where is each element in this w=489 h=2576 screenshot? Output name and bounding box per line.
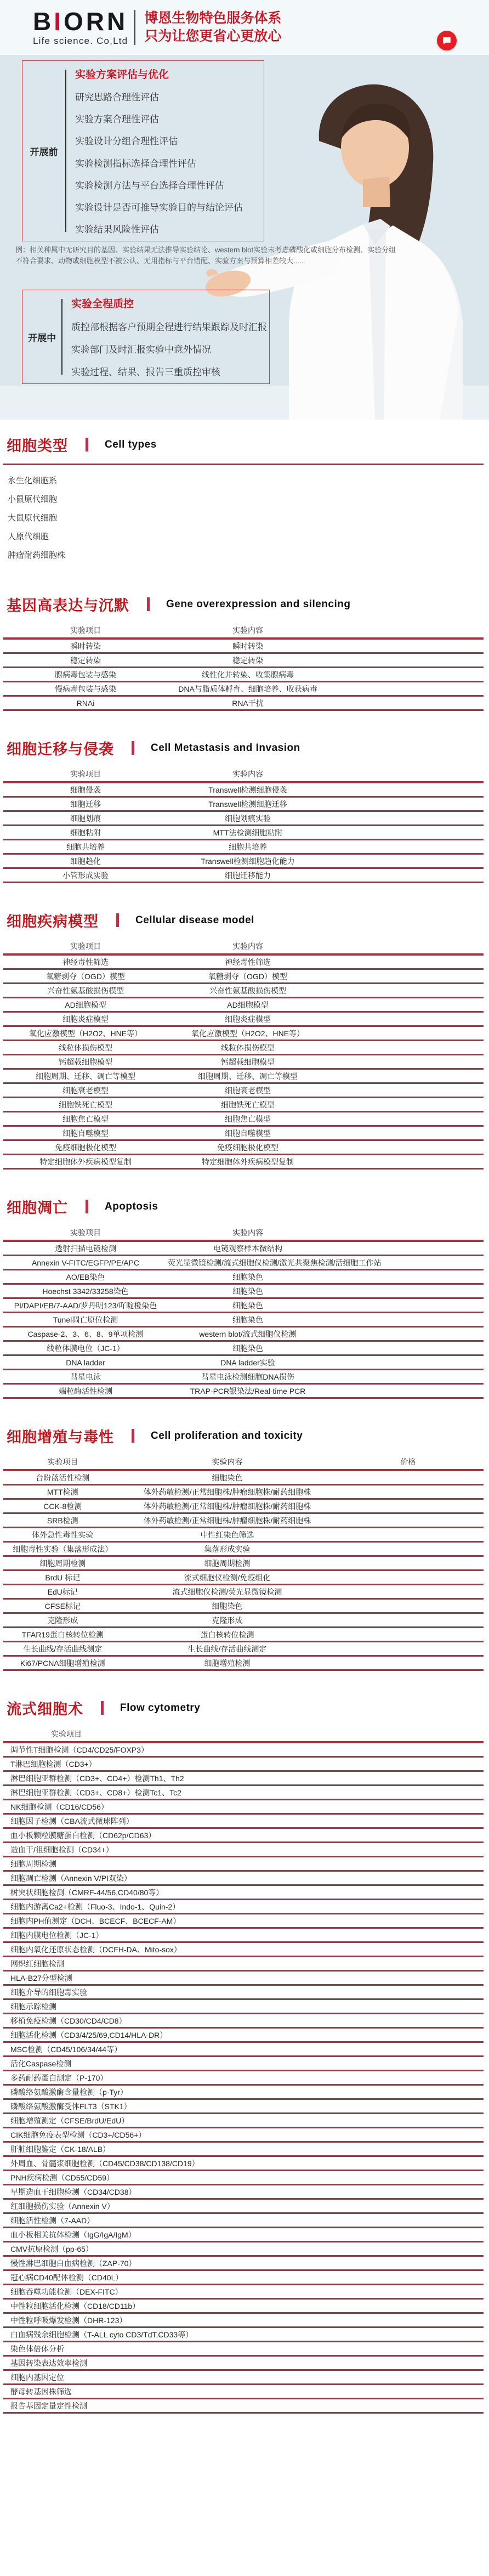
column-header-price: 价格: [332, 1456, 484, 1467]
table-row: Ki67/PCNA细胞增殖检测细胞增殖检测: [3, 1657, 484, 1671]
cell-item: TFAR19蛋白核转位检测: [3, 1629, 122, 1640]
cell-item: 细胞周期检测: [3, 1558, 122, 1569]
cell-content: 细胞迁移能力: [168, 870, 328, 881]
table-row: 细胞划痕细胞划痕实验: [3, 812, 484, 826]
logo-text: BIORN: [33, 9, 128, 34]
cell-item: 细胞内PH值测定（DCH、BCECF、BCECF-AM）: [3, 1916, 180, 1927]
table-header-row: 实验项目实验内容价格: [3, 1455, 484, 1471]
table-row: 克隆形成克隆形成: [3, 1614, 484, 1628]
table-row: 细胞内基因定位: [3, 2371, 484, 2385]
cell-item: SRB检测: [3, 1515, 122, 1526]
stage-item: 实验结果风险性评估: [75, 222, 261, 235]
section-header: 细胞类型Cell types: [0, 434, 489, 455]
cell-item: 端粒酶活性检测: [3, 1386, 168, 1397]
logo-subtitle: Life science. Co,Ltd: [33, 36, 128, 47]
cell-item: 腺病毒包装与感染: [3, 669, 168, 680]
section-cell-types: 细胞类型Cell types永生化细胞系小鼠原代细胞大鼠原代细胞人原代细胞肿瘤耐…: [0, 434, 489, 567]
section-title-en: Cell Metastasis and Invasion: [151, 742, 300, 754]
cell-item: 细胞内膜电位检测（JC-1）: [3, 1930, 104, 1941]
table-row: MSC检测（CD45/106/34/44等）: [3, 2043, 484, 2057]
table-row: 基因转染表达效率检测: [3, 2357, 484, 2371]
cell-item: BrdU 标记: [3, 1572, 122, 1583]
stage-item: 实验设计分组合理性评估: [75, 133, 261, 147]
cell-item: 磷酸络氨酸激酶受体FLT3（STK1）: [3, 2101, 132, 2112]
section-gene-expression: 基因高表达与沉默Gene overexpression and silencin…: [0, 594, 489, 711]
slogan-line-2: 只为让您更省心更放心: [144, 27, 281, 46]
table-row: 细胞周期、迁移、凋亡等模型细胞周期、迁移、凋亡等模型: [3, 1070, 484, 1084]
table-row: CIK细胞免疫表型检测（CD3+/CD56+）: [3, 2128, 484, 2143]
table-row: 细胞活化检测（CD3/4/25/69,CD14/HLA-DR）: [3, 2029, 484, 2043]
cell-content: 细胞染色: [168, 1286, 328, 1297]
cell-item: 淋巴细胞亚群检测（CD3+、CD8+）检测Tc1、Tc2: [3, 1787, 181, 1798]
table-row: RNAiRNA干扰: [3, 697, 484, 711]
cell-item: 细胞焦亡模型: [3, 1114, 168, 1125]
cell-item: 瞬时转染: [3, 641, 168, 652]
table-row: 氧化应激模型（H2O2、HNE等）氧化应激模型（H2O2、HNE等）: [3, 1027, 484, 1041]
cell-item: 细胞铁死亡模型: [3, 1099, 168, 1110]
table-row: 报告基因定量定性检测: [3, 2399, 484, 2414]
column-header-item: 实验项目: [3, 625, 168, 636]
table-row: 移植免疫检测（CD30/CD4/CD8）: [3, 2014, 484, 2029]
table-header-row: 实验项目实验内容: [3, 623, 484, 640]
cell-item: 中性粒细胞活化检测（CD18/CD11b）: [3, 2301, 140, 2312]
cell-item: Hoechst 3342/33258染色: [3, 1286, 168, 1297]
cell-item: HLA-B27分型检测: [3, 1973, 72, 1984]
cell-content: 流式细胞仪检测/免疫组化: [122, 1572, 333, 1583]
table-row: 调节性T细胞检测（CD4/CD25/FOXP3）: [3, 1743, 484, 1758]
table-row: 细胞毒性实验（集落形成法）集落形成实验: [3, 1543, 484, 1557]
cell-content: 细胞炎症模型: [168, 1014, 328, 1025]
table-row: EdU标记流式细胞仪检测/荧光显微镜检测: [3, 1585, 484, 1600]
company-logo: BIORN Life science. Co,Ltd: [33, 9, 128, 47]
table-row: 细胞趋化Transwell检测细胞趋化能力: [3, 855, 484, 869]
cell-item: 细胞侵袭: [3, 784, 168, 795]
section-header: 细胞疾病模型Cellular disease model: [0, 909, 489, 931]
table-row: SRB检测体外药敏检测/正常细胞株/肿瘤细胞株/耐药细胞株: [3, 1514, 484, 1528]
cell-content: 中性红染色筛选: [122, 1529, 333, 1540]
hero-section: 开展前 实验方案评估与优化 研究思路合理性评估实验方案合理性评估实验设计分组合理…: [0, 55, 489, 420]
cell-item: 细胞介导的细胞毒实验: [3, 1987, 87, 1998]
cell-content: 细胞染色: [168, 1314, 328, 1325]
cell-item: 白血病残余细胞检测（T-ALL cyto CD3/TdT,CD33等）: [3, 2329, 193, 2340]
cell-item: 早期造血干细胞检测（CD34/CD38）: [3, 2187, 136, 2197]
stage-item: 实验方案合理性评估: [75, 111, 261, 125]
section-header: 细胞迁移与侵袭Cell Metastasis and Invasion: [0, 737, 489, 759]
in-progress-items: 实验全程质控 质控部根据客户预期全程进行结果跟踪及时汇报实验部门及时汇报实验中意…: [62, 290, 269, 383]
box1-title: 实验方案评估与优化: [75, 66, 261, 81]
logo-letter-accent: I: [54, 7, 64, 36]
cell-item: 移植免疫检测（CD30/CD4/CD8）: [3, 2015, 127, 2026]
cell-item: CMV抗原检测（pp-65）: [3, 2244, 93, 2255]
table-row: NK细胞检测（CD16/CD56）: [3, 1800, 484, 1815]
section-disease-model: 细胞疾病模型Cellular disease model实验项目实验内容神经毒性…: [0, 909, 489, 1170]
table-row: 神经毒性筛选神经毒性筛选: [3, 956, 484, 970]
cell-item: 红细胞损伤实验（Annexin V）: [3, 2201, 115, 2212]
table-row: Caspase-2、3、6、8、9单项检测western blot/流式细胞仪检…: [3, 1327, 484, 1342]
cell-item: 免疫细胞极化模型: [3, 1142, 168, 1153]
table-row: 酵母转基因株筛选: [3, 2385, 484, 2399]
section-migration-invasion: 细胞迁移与侵袭Cell Metastasis and Invasion实验项目实…: [0, 737, 489, 883]
section-header: 基因高表达与沉默Gene overexpression and silencin…: [0, 594, 489, 615]
table-row: 肝脏细胞鉴定（CK-18/ALB）: [3, 2143, 484, 2157]
service-table: 实验项目调节性T细胞检测（CD4/CD25/FOXP3）T淋巴细胞检测（CD3+…: [3, 1727, 484, 2414]
table-row: 细胞炎症模型细胞炎症模型: [3, 1013, 484, 1027]
table-row: Tunel凋亡原位检测细胞染色: [3, 1313, 484, 1327]
cell-item: AD细胞模型: [3, 999, 168, 1010]
cell-item: 细胞迁移: [3, 799, 168, 810]
service-table: 实验项目实验内容神经毒性筛选神经毒性筛选氧糖剥夺（OGD）模型氧糖剥夺（OGD）…: [3, 939, 484, 1170]
cell-item: 特定细胞体外疾病模型复制: [3, 1156, 168, 1167]
section-header: 细胞凋亡Apoptosis: [0, 1196, 489, 1217]
section-divider-bar: [132, 1429, 134, 1443]
table-row: 细胞自噬模型细胞自噬模型: [3, 1127, 484, 1141]
cell-item: 生长曲线/存活曲线测定: [3, 1643, 122, 1654]
cell-content: 细胞染色: [122, 1601, 333, 1612]
table-row: 端粒酶活性检测TRAP-PCR银染法/Real-time PCR: [3, 1385, 484, 1399]
header-bar: BIORN Life science. Co,Ltd 博恩生物特色服务体系 只为…: [0, 0, 489, 55]
cell-content: 瞬时转染: [168, 641, 328, 652]
cell-item: 细胞炎症模型: [3, 1014, 168, 1025]
table-row: 细胞内PH值测定（DCH、BCECF、BCECF-AM）: [3, 1914, 484, 1929]
cell-content: 体外药敏检测/正常细胞株/肿瘤细胞株/耐药细胞株: [122, 1501, 333, 1512]
cell-item: 台盼蓝活性检测: [3, 1472, 122, 1483]
table-row: 细胞焦亡模型细胞焦亡模型: [3, 1112, 484, 1127]
cell-content: 氧糖剥夺（OGD）模型: [168, 971, 328, 982]
stage-label-during: 开展中: [22, 290, 61, 383]
cell-item: 磷酸络氨酸激酶含量检测（p-Tyr）: [3, 2087, 128, 2098]
cell-item: MSC检测（CD45/106/34/44等）: [3, 2044, 122, 2055]
cell-item: 细胞增殖测定（CFSE/BrdU/EdU）: [3, 2115, 129, 2126]
cell-content: 细胞染色: [122, 1472, 333, 1483]
table-row: BrdU 标记流式细胞仪检测/免疫组化: [3, 1571, 484, 1585]
cell-item: 稳定转染: [3, 655, 168, 666]
table-row: 细胞铁死亡模型细胞铁死亡模型: [3, 1098, 484, 1112]
pre-launch-items: 实验方案评估与优化 研究思路合理性评估实验方案合理性评估实验设计分组合理性评估实…: [66, 61, 264, 241]
cell-item: Ki67/PCNA细胞增殖检测: [3, 1658, 122, 1669]
cell-item: Tunel凋亡原位检测: [3, 1314, 168, 1325]
table-row: 中性粒细胞活化检测（CD18/CD11b）: [3, 2300, 484, 2314]
table-row: 磷酸络氨酸激酶含量检测（p-Tyr）: [3, 2086, 484, 2100]
table-row: PNH疾病检测（CD55/CD59）: [3, 2171, 484, 2185]
cell-item: PNH疾病检测（CD55/CD59）: [3, 2172, 114, 2183]
list-item: 人原代细胞: [8, 528, 489, 546]
cell-content: 线性化并转染、收集腺病毒: [168, 669, 328, 680]
consult-badge-icon[interactable]: [437, 31, 457, 50]
cell-item: 细胞内基因定位: [3, 2372, 64, 2383]
cell-content: 克隆形成: [122, 1615, 333, 1626]
cell-content: 线粒体损伤模型: [168, 1042, 328, 1053]
table-row: 线粒体膜电位（JC-1）细胞染色: [3, 1342, 484, 1356]
cell-item: 细胞活性检测（7-AAD）: [3, 2215, 94, 2226]
section-apoptosis: 细胞凋亡Apoptosis实验项目实验内容透射扫描电镜检测电镜观察样本微结构An…: [0, 1196, 489, 1399]
table-row: DNA ladderDNA ladder实验: [3, 1356, 484, 1370]
stage-item: 实验部门及时汇报实验中意外情况: [71, 342, 267, 355]
cell-item: 报告基因定量定性检测: [3, 2400, 87, 2411]
cell-item: 网织红细胞检测: [3, 1958, 64, 1969]
cell-item: RNAi: [3, 699, 168, 708]
stage-item: 实验设计是否可推导实验目的与结论评估: [75, 200, 261, 213]
table-row: 细胞共培养细胞共培养: [3, 840, 484, 855]
cell-content: 稳定转染: [168, 655, 328, 666]
table-row: 细胞内氧化还原状态检测（DCFH-DA、Mito-sox）: [3, 1943, 484, 1957]
cell-content: Transwell检测细胞趋化能力: [168, 856, 328, 867]
header-slogan: 博恩生物特色服务体系 只为让您更省心更放心: [144, 9, 281, 46]
cell-content: 氧化应激模型（H2O2、HNE等）: [168, 1028, 328, 1039]
cell-content: RNA干扰: [168, 698, 328, 709]
cell-content: DNA与脂质体孵育、细胞培养、收获病毒: [168, 683, 328, 694]
cell-item: Annexin V-FITC/EGFP/PE/APC: [3, 1258, 168, 1267]
table-header-row: 实验项目实验内容: [3, 939, 484, 956]
cell-item: NK细胞检测（CD16/CD56）: [3, 1801, 109, 1812]
table-row: 慢病毒包装与感染DNA与脂质体孵育、细胞培养、收获病毒: [3, 682, 484, 697]
cell-item: 细胞周期、迁移、凋亡等模型: [3, 1071, 168, 1082]
stage-item: 研究思路合理性评估: [75, 89, 261, 103]
section-title-cn: 细胞类型: [7, 434, 68, 455]
cell-item: CFSE标记: [3, 1601, 122, 1612]
table-row: 外周血、骨髓浆细胞检测（CD45/CD38/CD138/CD19）: [3, 2157, 484, 2171]
cell-content: 电镜观察样本微结构: [168, 1243, 328, 1254]
chat-bubble-icon: [442, 36, 452, 46]
cell-item: PI/DAPI/EB/7-AAD/罗丹明123/吖啶橙染色: [3, 1300, 168, 1311]
stage-item: 实验检测指标选择合理性评估: [75, 156, 261, 170]
section-title-cn: 流式细胞术: [7, 1697, 83, 1719]
column-header-content: 实验内容: [168, 769, 328, 779]
table-header-row: 实验项目: [3, 1727, 484, 1743]
table-row: 细胞增殖测定（CFSE/BrdU/EdU）: [3, 2114, 484, 2128]
cell-item: 细胞活化检测（CD3/4/25/69,CD14/HLA-DR）: [3, 2030, 167, 2041]
table-row: CFSE标记细胞染色: [3, 1600, 484, 1614]
table-row: 活化Caspase检测: [3, 2057, 484, 2071]
cell-content: 细胞铁死亡模型: [168, 1099, 328, 1110]
section-header: 流式细胞术Flow cytometry: [0, 1697, 489, 1719]
cell-item: 细胞周期检测: [3, 1858, 56, 1869]
section-title-en: Cell types: [105, 439, 157, 451]
section-title-cn: 细胞迁移与侵袭: [7, 737, 114, 759]
list-item: 肿瘤耐药细胞株: [8, 546, 489, 565]
cell-item: 血小板颗粒膜糖蛋白检测（CD62p/CD63）: [3, 1830, 156, 1841]
stage-item: 实验检测方法与平台选择合理性评估: [75, 178, 261, 191]
section-title-cn: 基因高表达与沉默: [7, 594, 129, 615]
table-row: 细胞示踪检测: [3, 2000, 484, 2014]
table-row: 淋巴细胞亚群检测（CD3+、CD4+）检测Th1、Th2: [3, 1772, 484, 1786]
cell-item: 调节性T细胞检测（CD4/CD25/FOXP3）: [3, 1744, 149, 1755]
section-title-cn: 细胞增殖与毒性: [7, 1425, 114, 1447]
service-sections: 细胞类型Cell types永生化细胞系小鼠原代细胞大鼠原代细胞人原代细胞肿瘤耐…: [0, 434, 489, 2418]
pre-launch-box: 开展前 实验方案评估与优化 研究思路合理性评估实验方案合理性评估实验设计分组合理…: [22, 60, 264, 241]
cell-item: 慢性淋巴细胞白血病检测（ZAP-70）: [3, 2258, 136, 2269]
table-row: PI/DAPI/EB/7-AAD/罗丹明123/吖啶橙染色细胞染色: [3, 1299, 484, 1313]
cell-item: 树突状细胞检测（CMRF-44/56,CD40/80等）: [3, 1887, 163, 1898]
table-row: 台盼蓝活性检测细胞染色: [3, 1471, 484, 1485]
column-header-item: 实验项目: [3, 1456, 122, 1467]
cell-content: 细胞共培养: [168, 841, 328, 852]
list-item: 小鼠原代细胞: [8, 490, 489, 509]
cell-item: 细胞凋亡检测（Annexin V/PI双染）: [3, 1873, 132, 1884]
table-row: 冠心病CD40配体检测（CD40L）: [3, 2271, 484, 2285]
table-row: 磷酸络氨酸激酶受体FLT3（STK1）: [3, 2100, 484, 2114]
table-row: 透射扫描电镜检测电镜观察样本微结构: [3, 1242, 484, 1256]
cell-content: Transwell检测细胞迁移: [168, 799, 328, 810]
cell-content: AD细胞模型: [168, 999, 328, 1010]
table-row: 细胞周期检测细胞周期检测: [3, 1557, 484, 1571]
cell-content: 细胞增殖检测: [122, 1658, 333, 1669]
cell-item: 造血干/祖细胞检测（CD34+）: [3, 1844, 113, 1855]
section-divider-bar: [116, 913, 119, 927]
table-row: 免疫细胞极化模型免疫细胞极化模型: [3, 1141, 484, 1155]
header-divider: [134, 10, 135, 45]
service-table: 实验项目实验内容瞬时转染瞬时转染稳定转染稳定转染腺病毒包装与感染线性化并转染、收…: [3, 623, 484, 711]
cell-item: CCK-8检测: [3, 1501, 122, 1512]
cell-content: TRAP-PCR银染法/Real-time PCR: [168, 1386, 328, 1397]
cell-item: 细胞共培养: [3, 841, 168, 852]
cell-item: 血小板相关抗体检测（IgG/IgA/IgM）: [3, 2229, 136, 2240]
service-table: 实验项目实验内容价格台盼蓝活性检测细胞染色MTT检测体外药敏检测/正常细胞株/肿…: [3, 1455, 484, 1671]
column-header-content: 实验内容: [168, 1227, 328, 1238]
cell-item: 酵母转基因株筛选: [3, 2386, 72, 2397]
table-row: 稳定转染稳定转染: [3, 654, 484, 668]
table-row: 细胞迁移Transwell检测细胞迁移: [3, 798, 484, 812]
cell-item: 细胞示踪检测: [3, 2001, 56, 2012]
table-row: 染色体倍体分析: [3, 2342, 484, 2357]
table-row: 细胞周期检测: [3, 1857, 484, 1872]
cell-item: AO/EB染色: [3, 1272, 168, 1283]
column-header-content: 实验内容: [168, 625, 328, 636]
cell-item: 肝脏细胞鉴定（CK-18/ALB）: [3, 2144, 110, 2155]
cell-content: 体外药敏检测/正常细胞株/肿瘤细胞株/耐药细胞株: [122, 1515, 333, 1526]
risk-examples-note: 例：相关种属中无研究目的基因、实验结果无法推导实验结论、western blot…: [15, 245, 402, 266]
table-row: 氧糖剥夺（OGD）模型氧糖剥夺（OGD）模型: [3, 970, 484, 984]
cell-content: 细胞染色: [168, 1343, 328, 1354]
table-row: 细胞衰老模型细胞衰老模型: [3, 1084, 484, 1098]
cell-content: 细胞衰老模型: [168, 1085, 328, 1096]
cell-item: 淋巴细胞亚群检测（CD3+、CD4+）检测Th1、Th2: [3, 1773, 184, 1784]
table-row: 细胞因子检测（CBA流式微球阵列）: [3, 1815, 484, 1829]
table-row: 细胞吞噬功能检测（DEX-FITC）: [3, 2285, 484, 2300]
table-row: 细胞内游离Ca2+检测（Fluo-3、Indo-1、Quin-2）: [3, 1900, 484, 1914]
table-row: 彗星电泳彗星电泳检测细胞DNA损伤: [3, 1370, 484, 1385]
table-row: 兴奋性氨基酸损伤模型兴奋性氨基酸损伤模型: [3, 984, 484, 998]
cell-content: 体外药敏检测/正常细胞株/肿瘤细胞株/耐药细胞株: [122, 1487, 333, 1498]
table-row: MTT检测体外药敏检测/正常细胞株/肿瘤细胞株/耐药细胞株: [3, 1485, 484, 1500]
table-row: 造血干/祖细胞检测（CD34+）: [3, 1843, 484, 1857]
table-row: 小管形成实验细胞迁移能力: [3, 869, 484, 883]
service-table: 实验项目实验内容细胞侵袭Transwell检测细胞侵袭细胞迁移Transwell…: [3, 767, 484, 883]
table-row: 钙超载细胞模型钙超载细胞模型: [3, 1055, 484, 1070]
cell-item: 多药耐药蛋白测定（P-170）: [3, 2072, 107, 2083]
cell-content: 流式细胞仪检测/荧光显微镜检测: [122, 1586, 333, 1597]
cell-content: western blot/流式细胞仪检测: [168, 1329, 328, 1340]
cell-item: 慢病毒包装与感染: [3, 683, 168, 694]
box2-title: 实验全程质控: [71, 296, 267, 310]
table-row: Hoechst 3342/33258染色细胞染色: [3, 1285, 484, 1299]
cell-item: 细胞毒性实验（集落形成法）: [3, 1544, 122, 1555]
cell-item: 活化Caspase检测: [3, 2058, 71, 2069]
section-divider-bar: [101, 1701, 104, 1715]
cell-item: 细胞自噬模型: [3, 1128, 168, 1139]
cell-item: 细胞吞噬功能检测（DEX-FITC）: [3, 2286, 123, 2297]
column-header-item: 实验项目: [3, 941, 168, 952]
cell-item: EdU标记: [3, 1586, 122, 1597]
cell-item: CIK细胞免疫表型检测（CD3+/CD56+）: [3, 2129, 146, 2140]
cell-item: 克隆形成: [3, 1615, 122, 1626]
cell-content: 神经毒性筛选: [168, 957, 328, 968]
cell-content: 细胞染色: [168, 1272, 328, 1283]
stage-item: 实验过程、结果、报告三重质控审核: [71, 364, 267, 378]
table-row: CMV抗原检测（pp-65）: [3, 2242, 484, 2257]
cell-content: 集落形成实验: [122, 1544, 333, 1555]
section-flow-cytometry: 流式细胞术Flow cytometry实验项目调节性T细胞检测（CD4/CD25…: [0, 1697, 489, 2414]
table-row: TFAR19蛋白核转位检测蛋白核转位检测: [3, 1628, 484, 1642]
table-row: 树突状细胞检测（CMRF-44/56,CD40/80等）: [3, 1886, 484, 1900]
table-row: 腺病毒包装与感染线性化并转染、收集腺病毒: [3, 668, 484, 682]
cell-item: 神经毒性筛选: [3, 957, 168, 968]
cell-item: 钙超载细胞模型: [3, 1057, 168, 1067]
cell-item: T淋巴细胞检测（CD3+）: [3, 1759, 96, 1770]
table-row: 特定细胞体外疾病模型复制特定细胞体外疾病模型复制: [3, 1155, 484, 1170]
cell-content: Transwell检测细胞侵袭: [168, 784, 328, 795]
table-row: 淋巴细胞亚群检测（CD3+、CD8+）检测Tc1、Tc2: [3, 1786, 484, 1800]
cell-content: 细胞划痕实验: [168, 813, 328, 824]
cell-item: 线粒体损伤模型: [3, 1042, 168, 1053]
cell-content: DNA ladder实验: [168, 1357, 328, 1368]
slogan-line-1: 博恩生物特色服务体系: [144, 9, 281, 27]
table-row: 细胞凋亡检测（Annexin V/PI双染）: [3, 1872, 484, 1886]
cell-item: 氧化应激模型（H2O2、HNE等）: [3, 1028, 168, 1039]
service-table: 实验项目实验内容透射扫描电镜检测电镜观察样本微结构Annexin V-FITC/…: [3, 1225, 484, 1399]
section-divider-bar: [86, 1200, 88, 1213]
cell-content: 荧光显微镜检测/流式细胞仪检测/激光共聚焦检测/活细胞工作站: [168, 1257, 328, 1268]
cell-item: 体外急性毒性实验: [3, 1529, 122, 1540]
cell-item: MTT检测: [3, 1487, 122, 1498]
logo-letters: ORN: [64, 7, 128, 36]
table-row: 生长曲线/存活曲线测定生长曲线/存活曲线测定: [3, 1642, 484, 1657]
table-row: 细胞侵袭Transwell检测细胞侵袭: [3, 783, 484, 798]
table-row: T淋巴细胞检测（CD3+）: [3, 1758, 484, 1772]
cell-content: 细胞焦亡模型: [168, 1114, 328, 1125]
stage-label-before: 开展前: [22, 61, 65, 241]
cell-item: 细胞内游离Ca2+检测（Fluo-3、Indo-1、Quin-2）: [3, 1901, 180, 1912]
cell-content: MTT法检测细胞粘附: [168, 827, 328, 838]
cell-item: 小管形成实验: [3, 870, 168, 881]
cell-item: 细胞因子检测（CBA流式微球阵列）: [3, 1816, 134, 1827]
table-row: 白血病残余细胞检测（T-ALL cyto CD3/TdT,CD33等）: [3, 2328, 484, 2342]
table-row: Annexin V-FITC/EGFP/PE/APC荧光显微镜检测/流式细胞仪检…: [3, 1256, 484, 1270]
logo-letter: B: [33, 7, 54, 36]
table-row: HLA-B27分型检测: [3, 1971, 484, 1986]
section-title-cn: 细胞凋亡: [7, 1196, 68, 1217]
table-row: 慢性淋巴细胞白血病检测（ZAP-70）: [3, 2257, 484, 2271]
cell-content: 细胞自噬模型: [168, 1128, 328, 1139]
list-item: 永生化细胞系: [8, 472, 489, 490]
cell-type-list: 永生化细胞系小鼠原代细胞大鼠原代细胞人原代细胞肿瘤耐药细胞株: [0, 465, 489, 567]
section-title-en: Gene overexpression and silencing: [166, 598, 350, 611]
table-row: AD细胞模型AD细胞模型: [3, 998, 484, 1013]
page: BIORN Life science. Co,Ltd 博恩生物特色服务体系 只为…: [0, 0, 489, 2418]
table-row: CCK-8检测体外药敏检测/正常细胞株/肿瘤细胞株/耐药细胞株: [3, 1500, 484, 1514]
list-item: 大鼠原代细胞: [8, 509, 489, 528]
cell-item: 细胞划痕: [3, 813, 168, 824]
cell-content: 特定细胞体外疾病模型复制: [168, 1156, 328, 1167]
table-row: 早期造血干细胞检测（CD34/CD38）: [3, 2185, 484, 2200]
section-divider-bar: [132, 741, 134, 755]
table-row: 红细胞损伤实验（Annexin V）: [3, 2200, 484, 2214]
cell-content: 兴奋性氨基酸损伤模型: [168, 985, 328, 996]
table-row: 细胞活性检测（7-AAD）: [3, 2214, 484, 2228]
cell-content: 彗星电泳检测细胞DNA损伤: [168, 1371, 328, 1382]
table-row: 细胞内膜电位检测（JC-1）: [3, 1929, 484, 1943]
cell-item: 线粒体膜电位（JC-1）: [3, 1343, 168, 1354]
table-row: 瞬时转染瞬时转染: [3, 640, 484, 654]
